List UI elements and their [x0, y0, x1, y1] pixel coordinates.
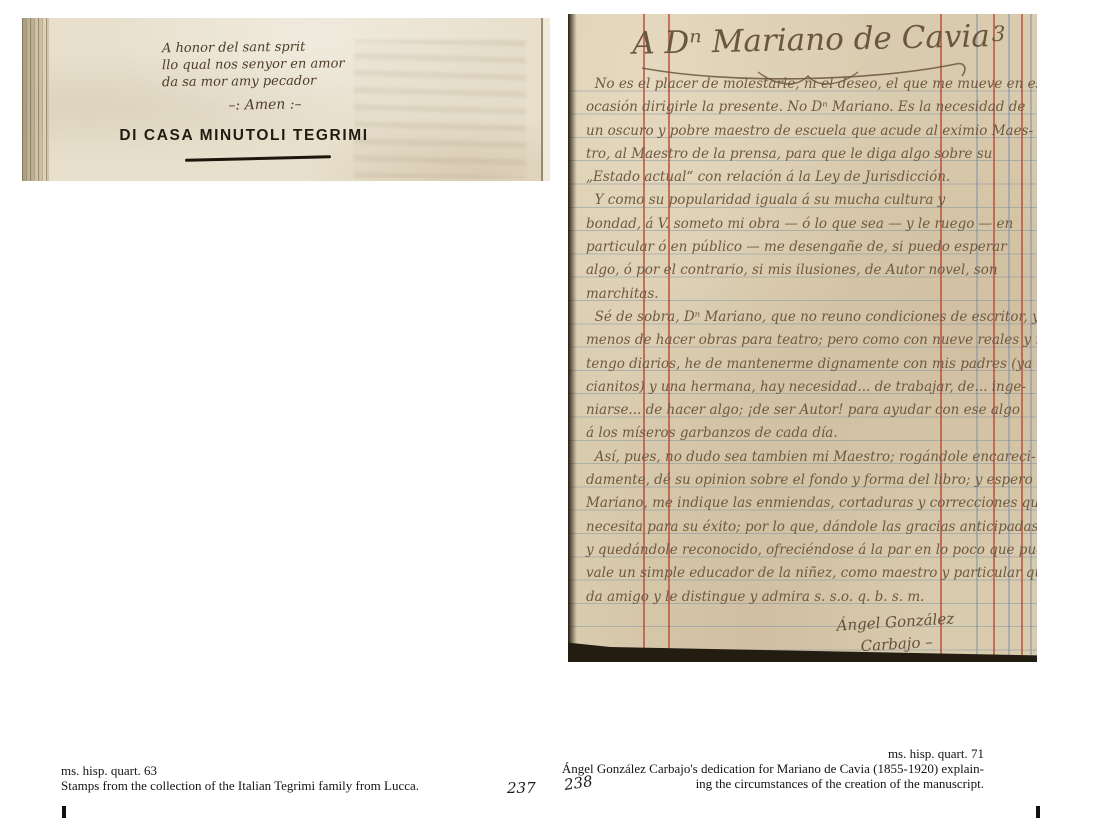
registration-mark-right [1036, 806, 1040, 818]
letter-line: bondad, á V. someto mi obra — ó lo que s… [586, 213, 1036, 236]
letter-line: No es el placer de molestarle, ni el des… [586, 73, 1036, 96]
letter-line: „Estado actual“ con relación á la Ley de… [586, 166, 1036, 189]
letter-line: marchitas. [586, 283, 1036, 306]
letter-line: Así, pues, no dudo sea tambien mi Maestr… [586, 446, 1036, 469]
letter-line: tro, al Maestro de la prensa, para que l… [586, 143, 1036, 166]
handwriting-block: A honor del sant sprit llo qual nos seny… [162, 39, 392, 90]
caption-left-shelfmark: ms. hisp. quart. 63 [61, 763, 419, 778]
letter-line: á los míseros garbanzos de cada día. [586, 422, 1036, 445]
letter-line: vale un simple educador de la niñez, com… [586, 562, 1036, 585]
caption-right-description-line1: Ángel González Carbajo's dedication for … [562, 761, 984, 776]
letter-line: necesita para su éxito; por lo que, dánd… [586, 516, 1036, 539]
letter-line: da amigo y le distingue y admira s. s.o.… [586, 586, 1036, 609]
letter-line: particular ó en público — me desengañe d… [586, 236, 1036, 259]
facsimile-left: A honor del sant sprit llo qual nos seny… [22, 18, 550, 181]
letter-line: Mariano, me indique las enmiendas, corta… [586, 492, 1036, 515]
letter-line: Y como su popularidad iguala á su mucha … [586, 189, 1036, 212]
letter-line: tengo diarios, he de mantenerme dignamen… [586, 353, 1036, 376]
letter-line: y quedándole reconocido, ofreciéndose á … [586, 539, 1036, 562]
dedication-title: A Dⁿ Mariano de Cavia [616, 18, 1007, 62]
caption-right: ms. hisp. quart. 71 Ángel González Carba… [562, 746, 984, 792]
letter-line: cianitos) y una hermana, hay necesidad..… [586, 376, 1036, 399]
handwritten-line: da sa mor amy pecador [162, 72, 392, 91]
letter-line: damente, dé su opinion sobre el fondo y … [586, 469, 1036, 492]
page-edge-margin [543, 18, 550, 181]
book-gutter-texture [22, 18, 49, 181]
page-number-left: 237 [507, 779, 536, 797]
caption-right-description-line2: ing the circumstances of the creation of… [562, 776, 984, 791]
book-spread-page: A honor del sant sprit llo qual nos seny… [0, 0, 1100, 818]
letter-line: Sé de sobra, Dⁿ Mariano, que no reuno co… [586, 306, 1036, 329]
caption-left-description: Stamps from the collection of the Italia… [61, 778, 419, 793]
caption-right-shelfmark: ms. hisp. quart. 71 [562, 746, 984, 761]
ownership-stamp-text: DI CASA MINUTOLI TEGRIMI [114, 127, 374, 145]
amen-line: –: Amen :– [170, 95, 360, 114]
letter-body: No es el placer de molestarle, ni el des… [586, 73, 1036, 609]
letter-line: un oscuro y pobre maestro de escuela que… [586, 120, 1036, 143]
registration-mark-left [62, 806, 66, 818]
stamp-underline-rule [185, 155, 331, 162]
letter-line: algo, ó por el contrario, si mis ilusion… [586, 259, 1036, 282]
letter-line: ocasión dirigirle la presente. No Dⁿ Mar… [586, 96, 1036, 119]
letter-line: niarse... de hacer algo; ¡de ser Autor! … [586, 399, 1036, 422]
letter-line: menos de hacer obras para teatro; pero c… [586, 329, 1036, 352]
facsimile-right: A Dⁿ Mariano de Cavia 3 No es el placer … [568, 14, 1037, 662]
caption-left: ms. hisp. quart. 63 Stamps from the coll… [61, 763, 419, 793]
photo-dark-gutter-edge [568, 14, 577, 662]
folio-number: 3 [992, 22, 1005, 46]
